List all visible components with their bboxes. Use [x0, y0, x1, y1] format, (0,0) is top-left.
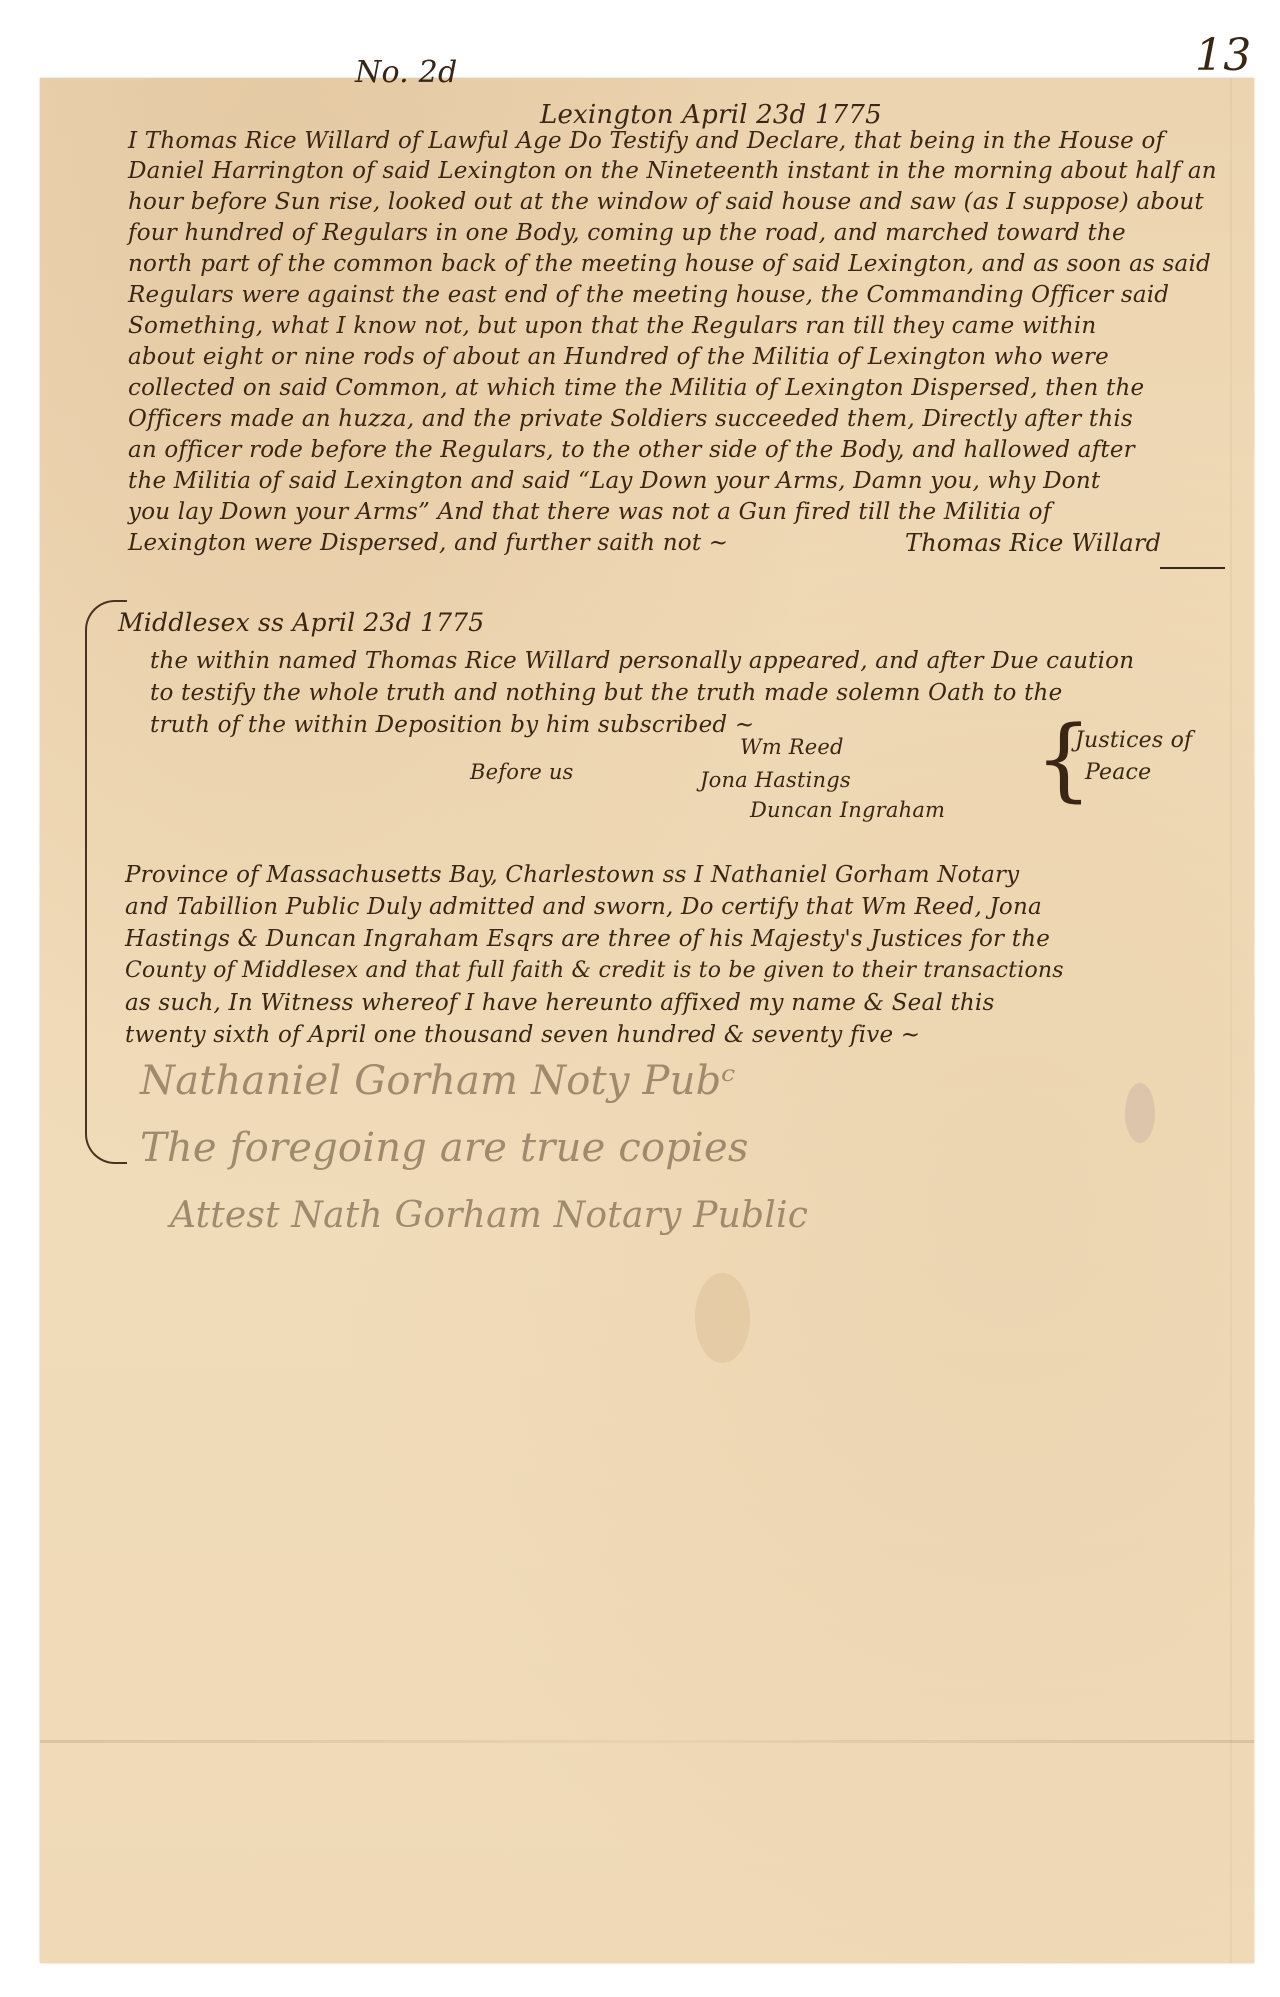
page-number: 13	[1195, 30, 1251, 81]
certificate-line: Hastings & Duncan Ingraham Esqrs are thr…	[125, 926, 1050, 952]
jurat-line: to testify the whole truth and nothing b…	[150, 680, 1062, 706]
deposition-line: collected on said Common, at which time …	[128, 375, 1144, 401]
certificate-line: as such, In Witness whereof I have hereu…	[125, 990, 994, 1016]
water-stain	[695, 1273, 750, 1363]
attest-line: Attest Nath Gorham Notary Public	[170, 1195, 808, 1236]
deposition-line: the Militia of said Lexington and said “…	[128, 468, 1100, 494]
justice-signature: Duncan Ingraham	[750, 798, 945, 822]
signature-rule	[1160, 567, 1225, 569]
deposition-line: an officer rode before the Regulars, to …	[128, 437, 1135, 463]
deposition-line: Officers made an huzza, and the private …	[128, 406, 1133, 432]
deposition-line: north part of the common back of the mee…	[128, 251, 1211, 277]
deposition-line: Regulars were against the east end of th…	[128, 282, 1169, 308]
deposition-line: I Thomas Rice Willard of Lawful Age Do T…	[128, 128, 1164, 154]
place-date-heading: Lexington April 23d 1775	[540, 100, 882, 130]
jurat-line: truth of the within Deposition by him su…	[150, 712, 754, 738]
justice-signature: Jona Hastings	[700, 768, 851, 792]
certificate-line: and Tabillion Public Duly admitted and s…	[125, 894, 1042, 920]
before-us-label: Before us	[470, 760, 574, 784]
deposition-line: Daniel Harrington of said Lexington on t…	[128, 158, 1217, 184]
deposition-line: you lay Down your Arms” And that there w…	[128, 499, 1051, 525]
deponent-signature: Thomas Rice Willard	[905, 530, 1161, 556]
deposition-line: Something, what I know not, but upon tha…	[128, 313, 1096, 339]
margin-bracket	[85, 600, 127, 1164]
ink-stain	[1125, 1083, 1155, 1143]
jurat-line: the within named Thomas Rice Willard per…	[150, 648, 1134, 674]
document-number: No. 2d	[355, 55, 457, 90]
deposition-line: four hundred of Regulars in one Body, co…	[128, 220, 1126, 246]
certificate-line: County of Middlesex and that full faith …	[125, 958, 1064, 984]
jurat-header: Middlesex ss April 23d 1775	[118, 608, 484, 637]
paper-crease	[1230, 78, 1232, 1963]
paper-fold-line	[40, 1740, 1254, 1743]
certificate-line: Province of Massachusetts Bay, Charlesto…	[125, 862, 1019, 888]
certificate-line: twenty sixth of April one thousand seven…	[125, 1022, 920, 1048]
true-copies-statement: The foregoing are true copies	[140, 1125, 749, 1171]
deposition-line: about eight or nine rods of about an Hun…	[128, 344, 1109, 370]
deposition-line: hour before Sun rise, looked out at the …	[128, 189, 1204, 215]
notary-signature: Nathaniel Gorham Noty Pubᶜ	[140, 1058, 736, 1104]
justices-title: Justices of	[1075, 728, 1192, 753]
justice-signature: Wm Reed	[740, 735, 844, 759]
deposition-line: Lexington were Dispersed, and further sa…	[128, 530, 728, 556]
justices-title: Peace	[1085, 760, 1151, 785]
